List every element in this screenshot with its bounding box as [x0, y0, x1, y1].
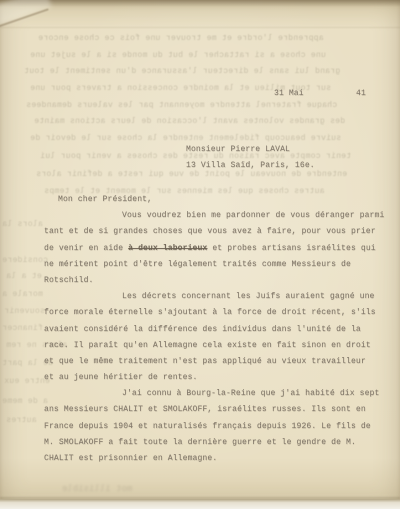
letter-line: avaient considéré la différence des indi… — [44, 322, 376, 338]
letter-line: de venir en aide à deux laborieux et pro… — [44, 241, 376, 257]
overstruck-text: à deux laborieux — [128, 244, 207, 253]
letter-line: Les décrets concernant les Juifs auraien… — [44, 289, 376, 305]
recipient-address: 13 Villa Saïd, Paris, 16e. — [186, 161, 315, 170]
letter-line: Vous voudrez bien me pardonner de vous d… — [44, 208, 376, 224]
letter-date: 31 Mai — [274, 89, 304, 98]
bleedthrough-line: une chose a si rattacher le but du monde… — [30, 51, 326, 60]
bleedthrough-fragment: morale a — [2, 290, 43, 299]
bleedthrough-line: des grandes volontes avant l'occasion de… — [34, 117, 345, 126]
bleedthrough-fragment: considere — [2, 256, 48, 265]
recipient-name: Monsieur Pierre LAVAL — [186, 145, 290, 154]
letter-line: force morale éternelle s'ajoutant à la f… — [44, 305, 376, 321]
scanned-letter-page: apprendre l'ordre et me trouver une fois… — [0, 0, 400, 509]
signature-smudge: mot illisible — [62, 484, 132, 494]
letter-line: ne méritent point d'être légalement trai… — [44, 257, 376, 273]
letter-date-year: 41 — [356, 89, 366, 98]
letter-line: et au jeune héritier de rentes. — [44, 370, 376, 386]
bleedthrough-fragment: autres — [6, 416, 37, 425]
letter-line: ans Messieurs CHALIT et SMOLAKOFF, israé… — [44, 402, 376, 418]
bleedthrough-line: entendre de nouveau le point de vue qui … — [36, 170, 347, 179]
letter-line: CHALIT est prisonnier en Allemagne. — [44, 451, 376, 467]
bleedthrough-line: chaque fraternel attendre moyennant par … — [26, 101, 337, 110]
bleedthrough-fragment: a de meme — [2, 397, 48, 406]
letter-line-part: de venir en aide — [44, 244, 128, 253]
bleedthrough-line: suivre beaucoup fidelement entendre la c… — [30, 134, 341, 143]
salutation: Mon cher Président, — [44, 192, 376, 208]
horizontal-crease — [0, 27, 400, 28]
letter-line-part: et probes artisans israélites qui — [207, 244, 375, 253]
bottom-paper-edge — [0, 499, 400, 509]
letter-line: Rotschild. — [44, 273, 376, 289]
letter-line: tant et de si grandes choses que vous av… — [44, 224, 376, 240]
letter-line: race. Il paraît qu'en Allemagne cela exi… — [44, 338, 376, 354]
bleedthrough-fragment: alors la — [2, 220, 43, 229]
letter-body: Mon cher Président, Vous voudrez bien me… — [44, 192, 376, 467]
bleedthrough-line: apprendre l'ordre et me trouver une fois… — [38, 34, 324, 43]
bleedthrough-line: grand lui sans le directeur l'assurance … — [24, 67, 340, 76]
letter-line: M. SMOLAKOFF a fait toute la dernière gu… — [44, 435, 376, 451]
letter-line: et que le même traitement n'est pas appl… — [44, 354, 376, 370]
bleedthrough-fragment: et a la — [6, 272, 42, 281]
letter-line: J'ai connu à Bourg-la-Reine que j'ai hab… — [44, 386, 376, 402]
bleedthrough-fragment: souvenir — [4, 307, 45, 316]
letter-line: France depuis 1904 et naturalisés frança… — [44, 419, 376, 435]
bleedthrough-fragment: financer — [2, 324, 43, 333]
top-edge-shadow — [0, 0, 400, 7]
